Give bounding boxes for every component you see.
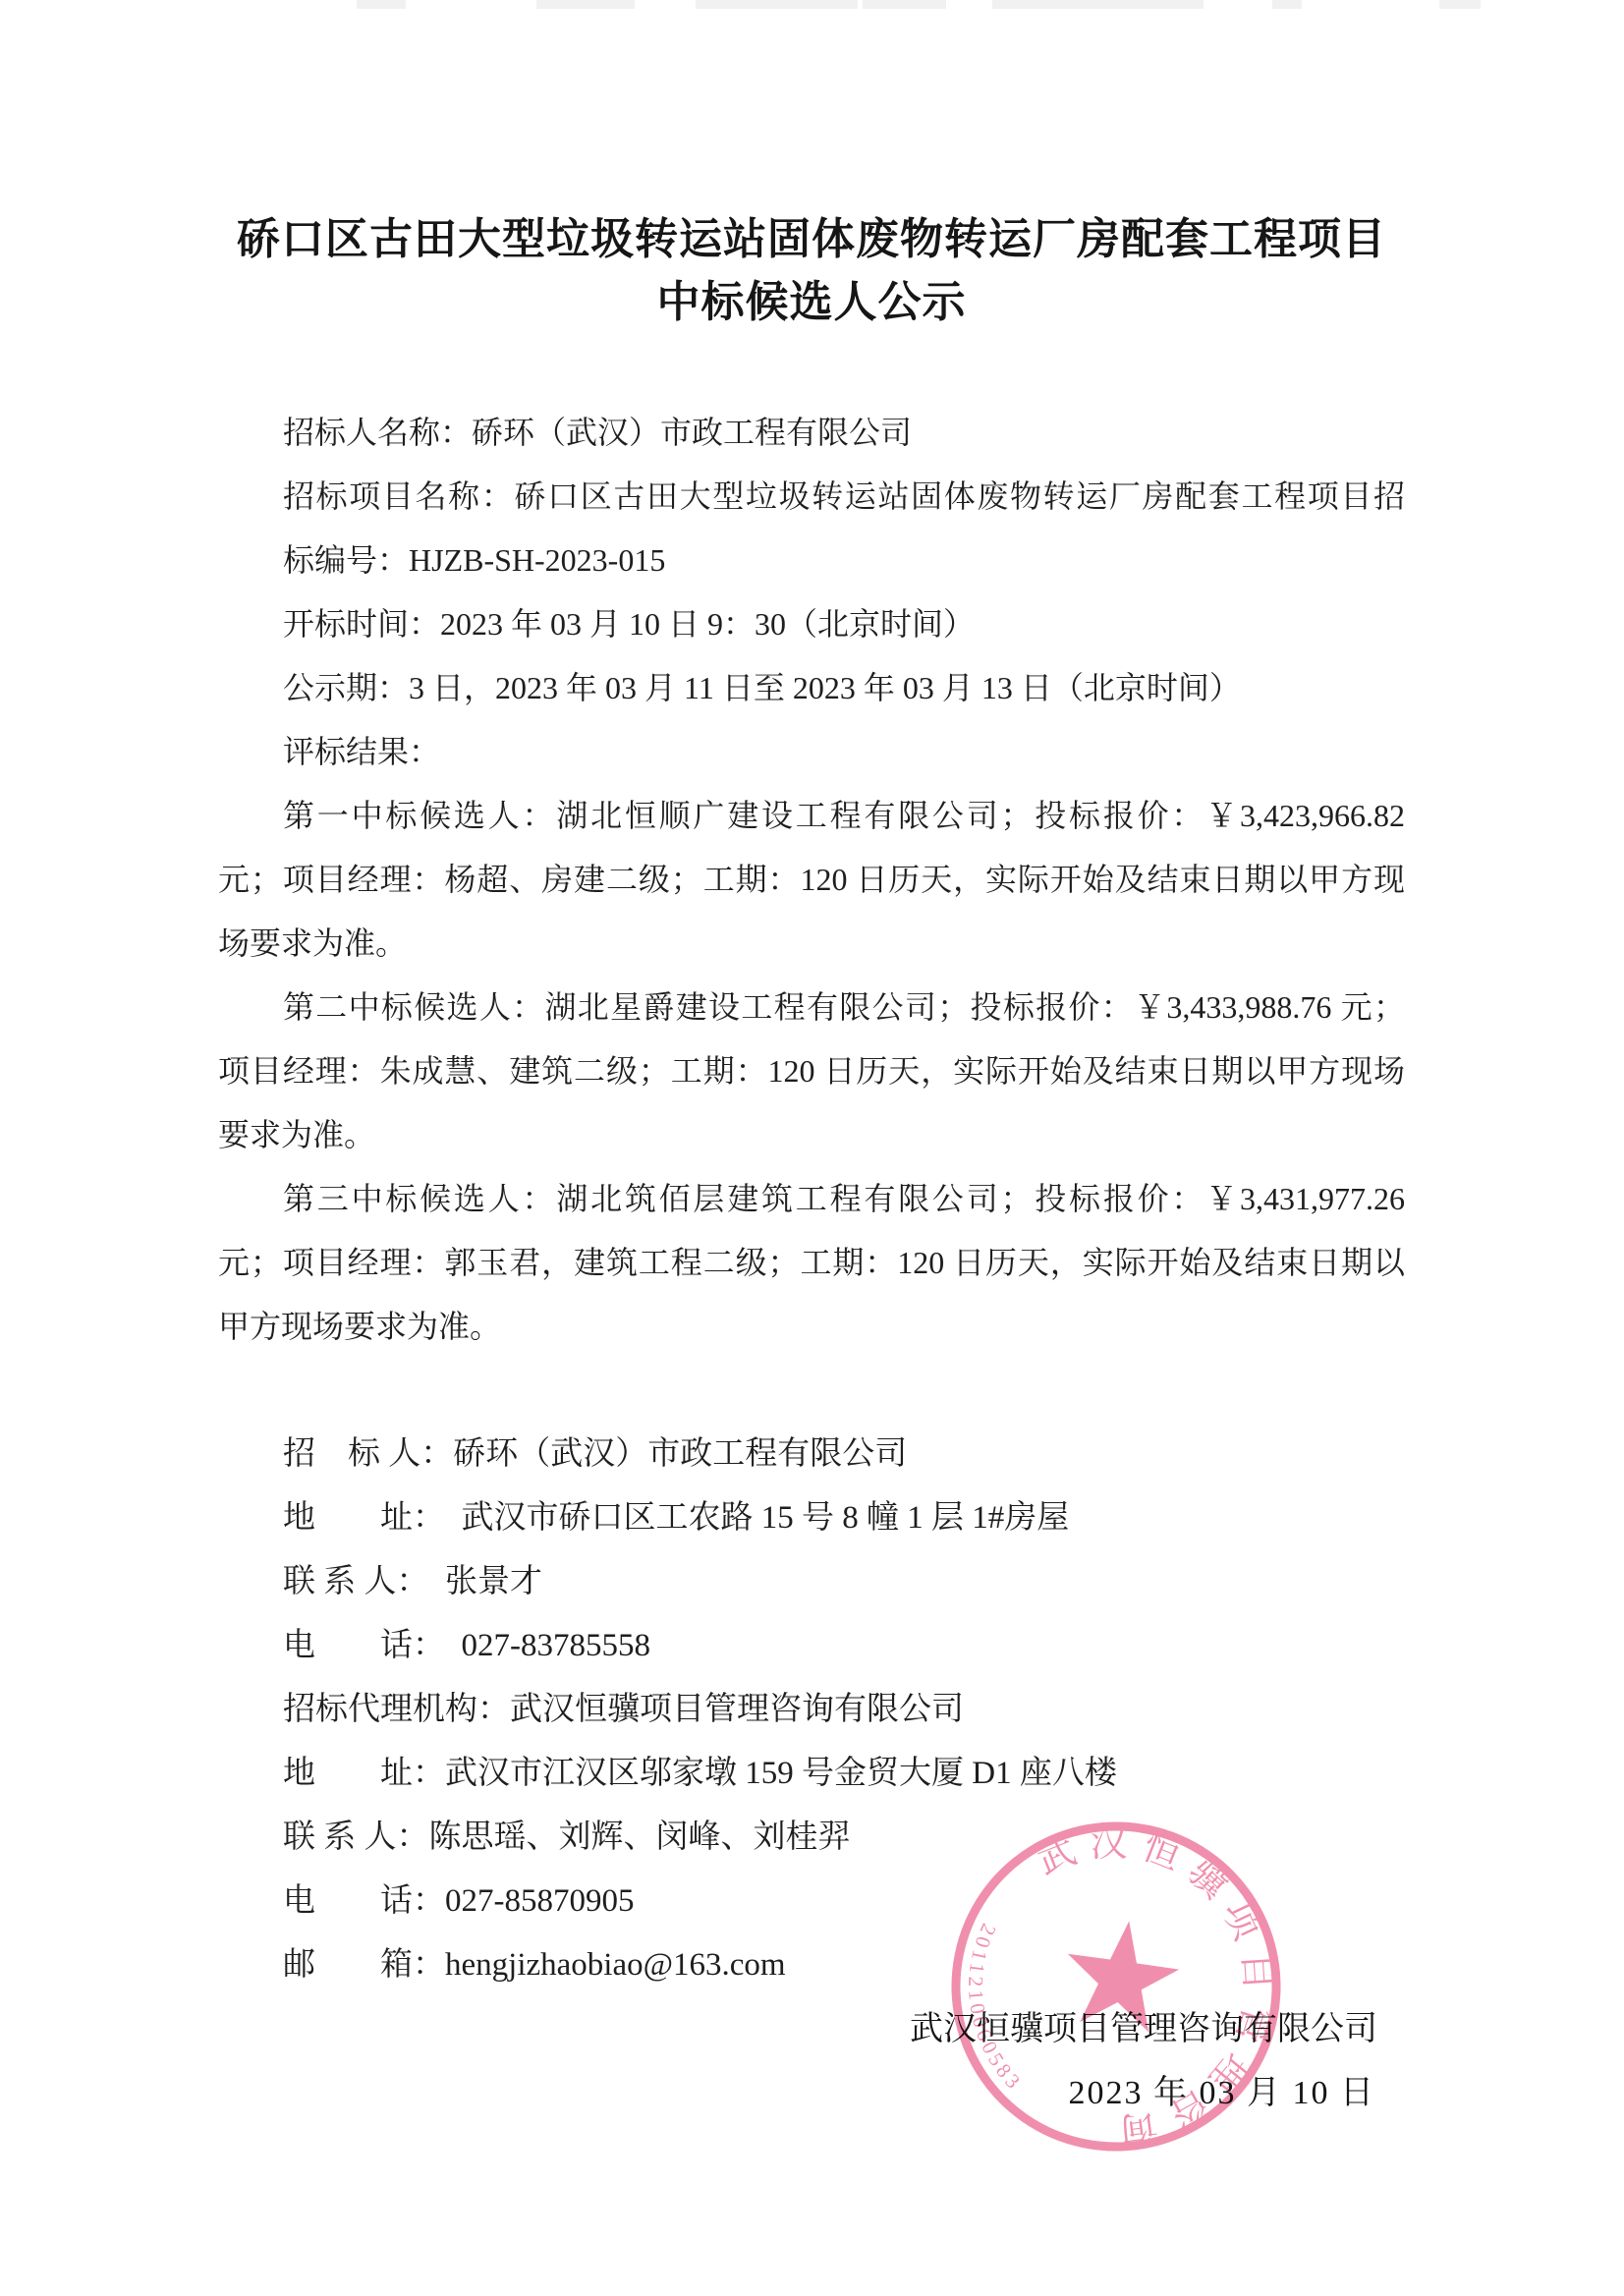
scan-artifact (696, 0, 858, 9)
body-line: 要求为准。 (218, 1103, 1405, 1167)
contact-line: 电 话： 027-83785558 (218, 1614, 1405, 1678)
body-line: 评标结果： (218, 720, 1405, 784)
body-line: 标编号：HJZB-SH-2023-015 (218, 529, 1405, 592)
contact-section: 招 标 人：硚环（武汉）市政工程有限公司地 址： 武汉市硚口区工农路 15 号 … (218, 1423, 1405, 1997)
body-line: 第三中标候选人：湖北筑佰层建筑工程有限公司；投标报价：￥3,431,977.26 (218, 1167, 1405, 1231)
contact-line: 招 标 人：硚环（武汉）市政工程有限公司 (218, 1423, 1405, 1486)
body-line: 第一中标候选人：湖北恒顺广建设工程有限公司；投标报价：￥3,423,966.82 (218, 784, 1405, 848)
scanned-document-page: 硚口区古田大型垃圾转运站固体废物转运厂房配套工程项目 中标候选人公示 招标人名称… (0, 0, 1624, 2296)
scan-artifact (863, 0, 946, 9)
document-body: 招标人名称：硚环（武汉）市政工程有限公司招标项目名称：硚口区古田大型垃圾转运站固… (218, 401, 1405, 1359)
body-line: 招标项目名称：硚口区古田大型垃圾转运站固体废物转运厂房配套工程项目招 (218, 465, 1405, 529)
contact-line: 地 址：武汉市江汉区邬家墩 159 号金贸大厦 D1 座八楼 (218, 1742, 1405, 1806)
signature-block: 武汉恒骥项目管理咨询有限公司 2023 年 03 月 10 日 (218, 1997, 1405, 2125)
document-title: 硚口区古田大型垃圾转运站固体废物转运厂房配套工程项目 中标候选人公示 (218, 208, 1405, 334)
contact-line: 招标代理机构：武汉恒骥项目管理咨询有限公司 (218, 1678, 1405, 1742)
title-line-1: 硚口区古田大型垃圾转运站固体废物转运厂房配套工程项目 (218, 208, 1405, 271)
scan-artifact (536, 0, 635, 9)
contact-line: 邮 箱：hengjizhaobiao@163.com (218, 1933, 1405, 1997)
scan-artifact (1439, 0, 1481, 9)
scan-artifact (992, 0, 1204, 9)
body-line: 第二中标候选人：湖北星爵建设工程有限公司；投标报价：￥3,433,988.76 … (218, 976, 1405, 1039)
signature-company: 武汉恒骥项目管理咨询有限公司 (218, 1997, 1405, 2061)
contact-line: 地 址： 武汉市硚口区工农路 15 号 8 幢 1 层 1#房屋 (218, 1486, 1405, 1550)
body-line: 公示期：3 日，2023 年 03 月 11 日至 2023 年 03 月 13… (218, 656, 1405, 720)
body-line: 元；项目经理：郭玉君，建筑工程二级；工期：120 日历天，实际开始及结束日期以 (218, 1231, 1405, 1295)
scan-artifact (357, 0, 406, 9)
body-line: 开标时间：2023 年 03 月 10 日 9：30（北京时间） (218, 592, 1405, 656)
contact-line: 联 系 人：陈思瑶、刘辉、闵峰、刘桂羿 (218, 1806, 1405, 1870)
body-line: 元；项目经理：杨超、房建二级；工期：120 日历天，实际开始及结束日期以甲方现 (218, 848, 1405, 912)
body-line: 项目经理：朱成慧、建筑二级；工期：120 日历天，实际开始及结束日期以甲方现场 (218, 1039, 1405, 1103)
body-line: 招标人名称：硚环（武汉）市政工程有限公司 (218, 401, 1405, 465)
title-line-2: 中标候选人公示 (218, 271, 1405, 334)
scan-artifact (1272, 0, 1302, 9)
signature-date: 2023 年 03 月 10 日 (218, 2061, 1405, 2125)
body-line: 场要求为准。 (218, 912, 1405, 976)
body-line: 甲方现场要求为准。 (218, 1295, 1405, 1359)
contact-line: 联 系 人： 张景才 (218, 1550, 1405, 1614)
contact-line: 电 话：027-85870905 (218, 1870, 1405, 1933)
